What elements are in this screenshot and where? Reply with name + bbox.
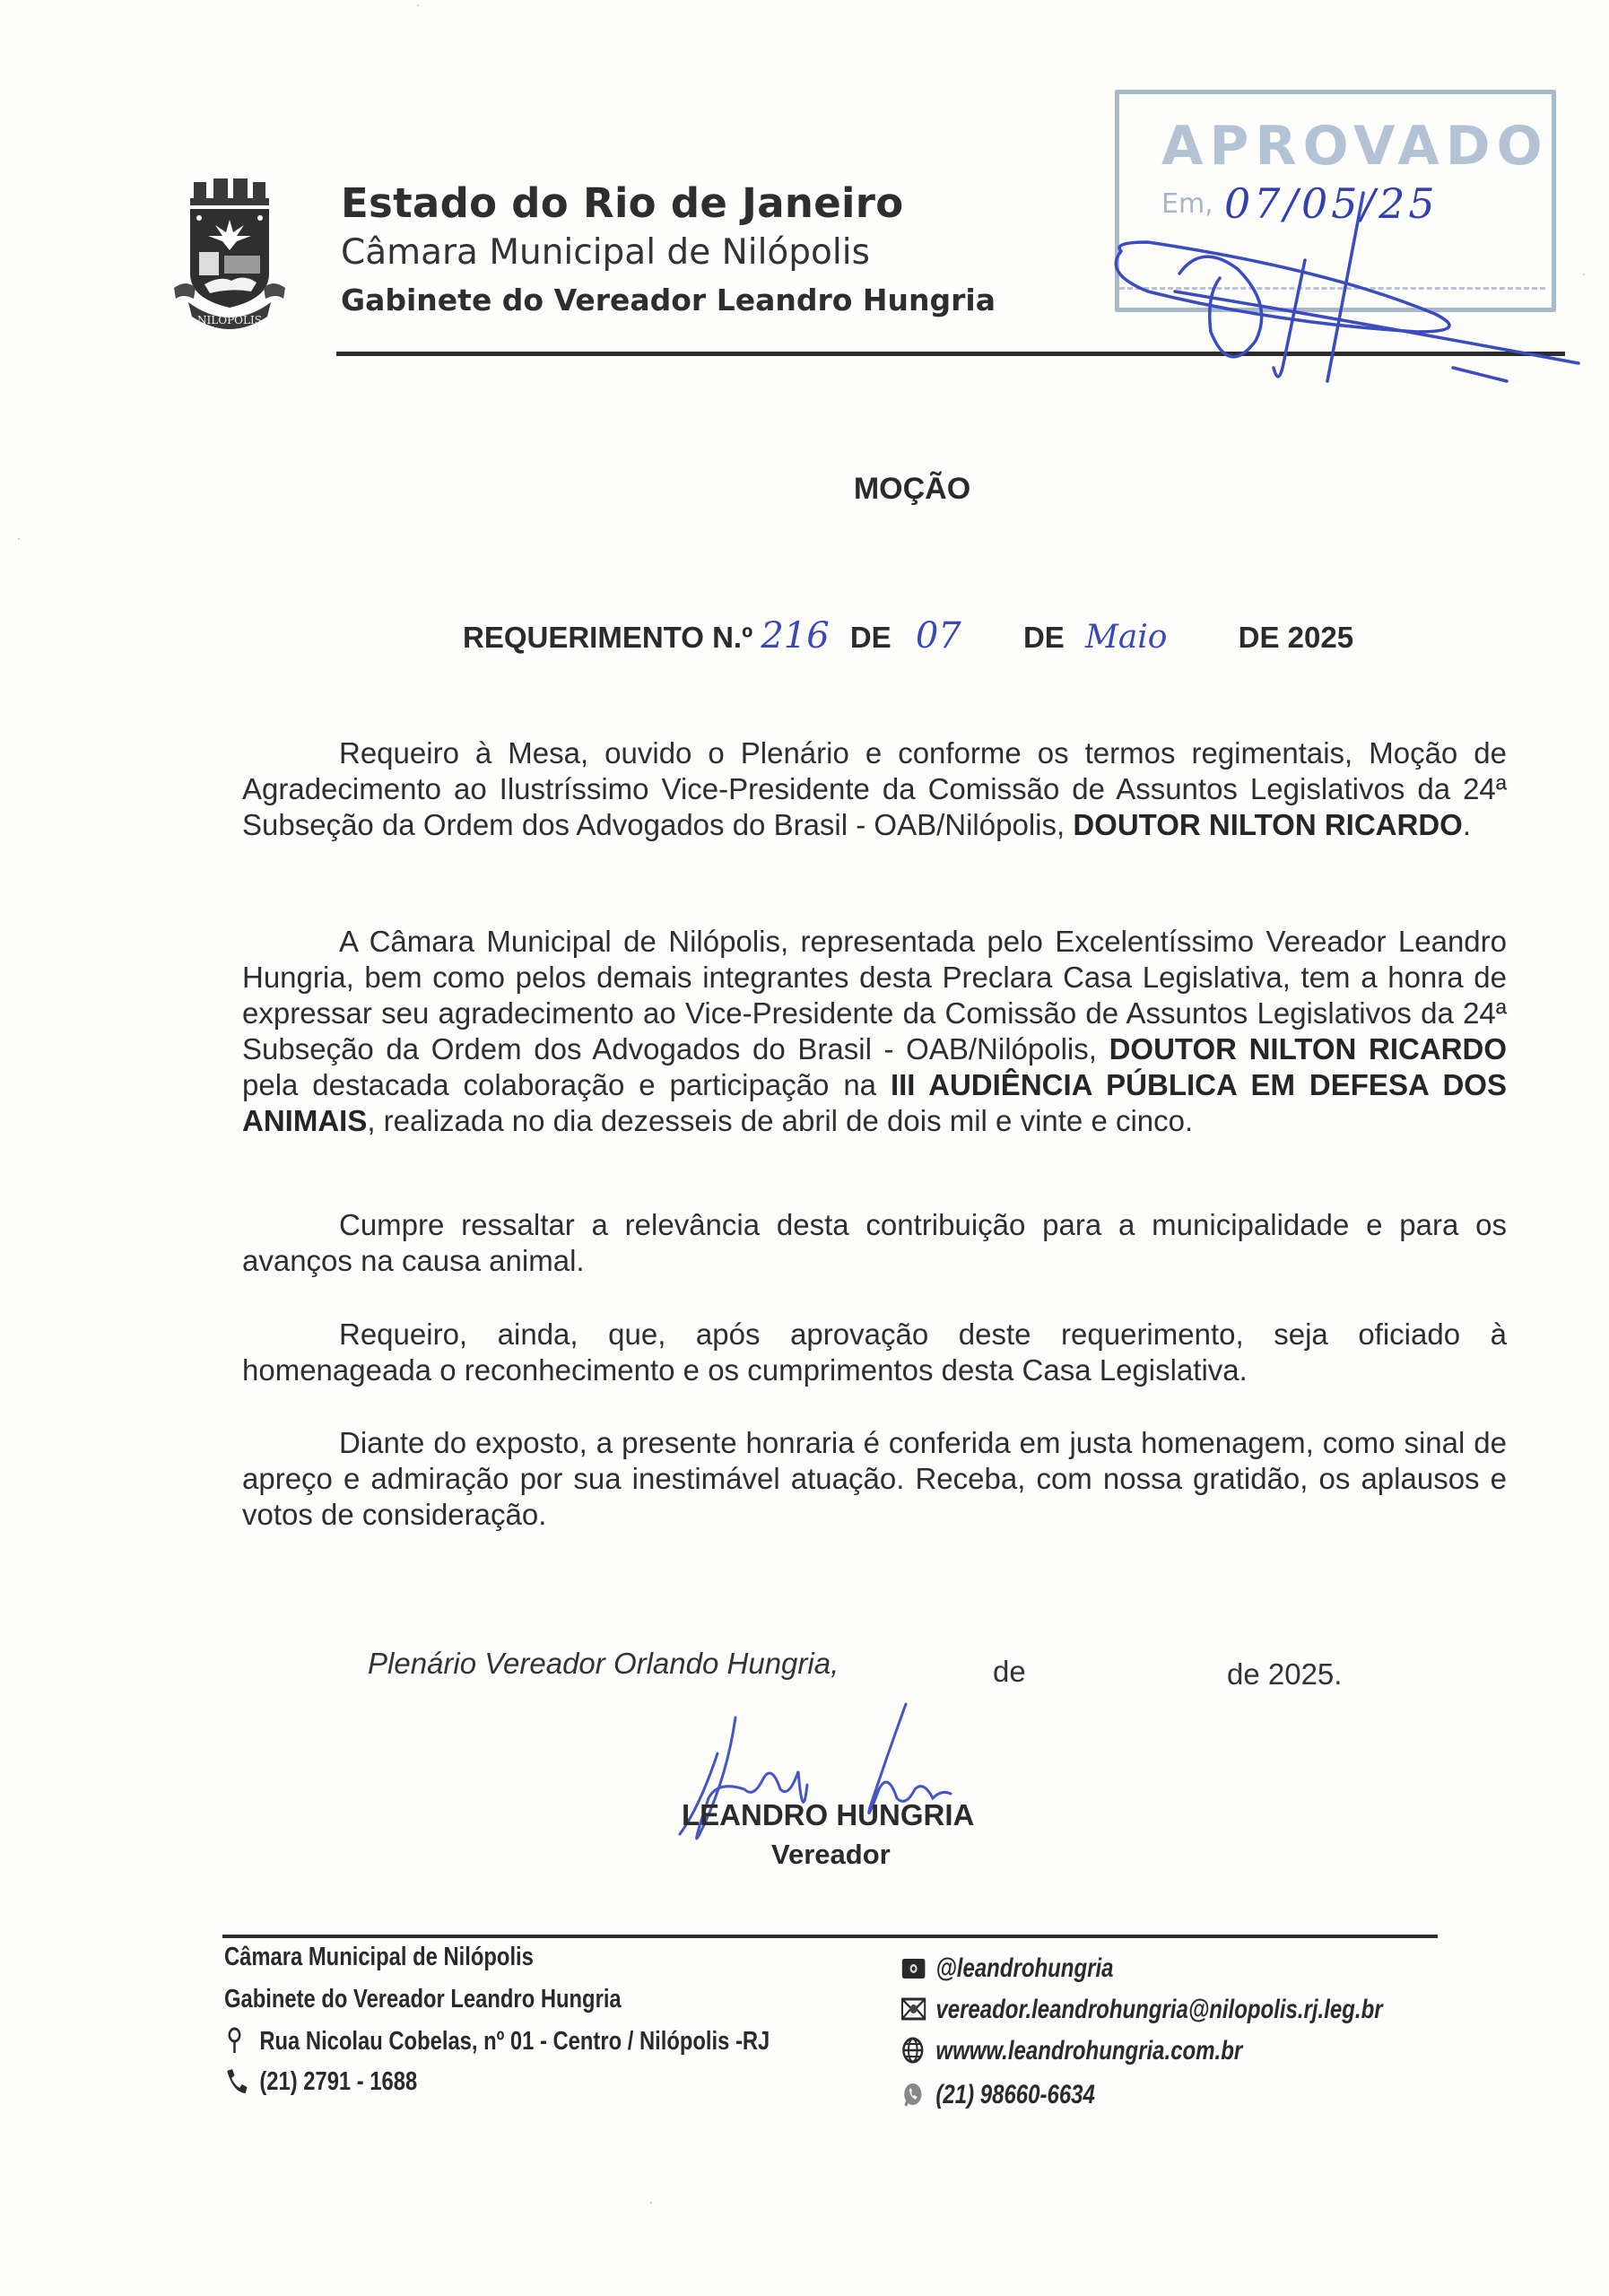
- requirement-de-2: DE: [1023, 621, 1065, 654]
- paragraph-5: Diante do exposto, a presente honraria é…: [242, 1425, 1507, 1533]
- svg-text:NILOPOLIS: NILOPOLIS: [197, 314, 262, 326]
- paragraph-1: Requeiro à Mesa, ouvido o Plenário e con…: [242, 735, 1507, 843]
- paragraph-4: Requeiro, ainda, que, após aprovação des…: [242, 1317, 1507, 1388]
- paragraph-2: A Câmara Municipal de Nilópolis, represe…: [242, 924, 1507, 1139]
- requirement-line: REQUERIMENTO N.º 216 DE 07 DE Maio DE 20…: [463, 615, 1353, 657]
- signer-role: Vereador: [771, 1839, 891, 1871]
- requirement-day: 07: [916, 615, 961, 657]
- document-title: MOÇÃO: [0, 472, 1609, 507]
- footer-website[interactable]: wwww.leandrohungria.com.br: [901, 2036, 1242, 2066]
- footer-chamber: Câmara Municipal de Nilópolis: [224, 1943, 534, 1972]
- closing-place: Plenário Vereador Orlando Hungria,: [368, 1647, 839, 1681]
- header-office: Gabinete do Vereador Leandro Hungria: [341, 283, 996, 317]
- scan-speck: [417, 4, 419, 6]
- stamp-signature-scrawl-icon: [1094, 188, 1596, 395]
- paragraph-3: Cumpre ressaltar a relevância desta cont…: [242, 1207, 1507, 1279]
- requirement-number: 216: [761, 615, 829, 657]
- location-pin-icon: [224, 2027, 249, 2054]
- municipal-crest-icon: NILOPOLIS: [169, 173, 291, 331]
- honoree-name: DOUTOR NILTON RICARDO: [1109, 1032, 1507, 1065]
- scan-speck: [650, 2202, 652, 2204]
- header-state: Estado do Rio de Janeiro: [341, 179, 903, 227]
- scan-speck: [1583, 274, 1585, 275]
- requirement-de-1: DE: [850, 621, 891, 654]
- requirement-prefix: REQUERIMENTO N.º: [463, 621, 752, 654]
- scan-speck: [18, 538, 20, 540]
- requirement-month: Maio: [1085, 619, 1168, 656]
- footer-office: Gabinete do Vereador Leandro Hungria: [224, 1985, 622, 2014]
- whatsapp-icon: [901, 2081, 926, 2108]
- instagram-icon: [901, 1954, 926, 1981]
- footer-instagram[interactable]: @leandrohungria: [901, 1953, 1113, 1984]
- stamp-label: APROVADO: [1161, 115, 1549, 178]
- phone-icon: [224, 2067, 249, 2094]
- footer-address: Rua Nicolau Cobelas, nº 01 - Centro / Ni…: [224, 2027, 770, 2057]
- signer-name: LEANDRO HUNGRIA: [682, 1798, 974, 1832]
- requirement-year: DE 2025: [1239, 621, 1353, 654]
- email-icon: [901, 1996, 926, 2022]
- footer-phone: (21) 2791 - 1688: [224, 2067, 417, 2097]
- footer-email[interactable]: vereador.leandrohungria@nilopolis.rj.leg…: [901, 1995, 1383, 2025]
- header-chamber: Câmara Municipal de Nilópolis: [341, 232, 870, 273]
- closing-de: de: [993, 1655, 1026, 1689]
- globe-icon: [901, 2037, 926, 2064]
- footer-whatsapp[interactable]: (21) 98660-6634: [901, 2080, 1095, 2110]
- honoree-name: DOUTOR NILTON RICARDO: [1073, 808, 1463, 841]
- footer-divider: [222, 1935, 1438, 1938]
- closing-year: de 2025.: [1227, 1657, 1342, 1692]
